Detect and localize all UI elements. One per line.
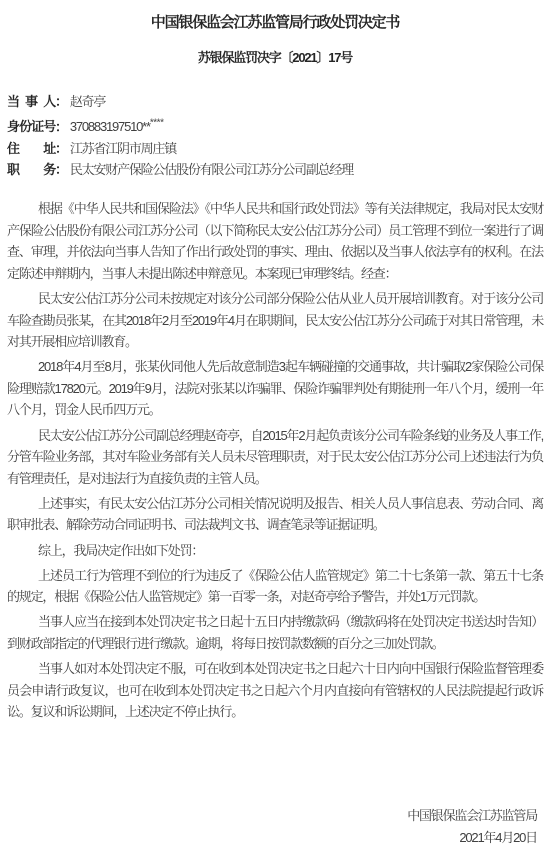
body-paragraph: 民太安公估江苏分公司副总经理赵奇亭，自2015年2月起负责该分公司车险条线的业务… — [7, 425, 543, 490]
party-info-block: 当事人：赵奇亭 身份证号：370883197510****** 住址：江苏省江阴… — [7, 91, 543, 181]
party-label: 身份证号 — [7, 116, 55, 138]
party-row: 住址：江苏省江阴市周庄镇 — [7, 138, 543, 160]
party-value: 赵奇亭 — [70, 94, 105, 109]
party-colon: ： — [55, 94, 67, 109]
body-paragraph: 2018年4月至8月，张某伙同他人先后故意制造3起车辆碰撞的交通事故，共计骗取2… — [7, 356, 543, 421]
party-colon: ： — [55, 119, 67, 134]
party-value: 民太安财产保险公估股份有限公司江苏分公司副总经理 — [70, 162, 353, 177]
party-label: 职务 — [7, 159, 55, 181]
document-number: 苏银保监罚决字〔2021〕17号 — [7, 47, 543, 68]
body-paragraph: 综上，我局决定作出如下处罚： — [7, 540, 543, 562]
party-row: 身份证号：370883197510****** — [7, 113, 543, 138]
body-paragraph: 上述事实，有民太安公估江苏分公司相关情况说明及报告、相关人员人事信息表、劳动合同… — [7, 493, 543, 536]
party-colon: ： — [55, 141, 67, 156]
party-label: 住址 — [7, 138, 55, 160]
party-row: 当事人：赵奇亭 — [7, 91, 543, 113]
party-colon: ： — [55, 162, 67, 177]
party-label: 当事人 — [7, 91, 55, 113]
issue-date: 2021年4月20日 — [407, 827, 537, 849]
body-paragraph: 当事人应当在接到本处罚决定书之日起十五日内持缴款码（缴款码将在处罚决定书送达时告… — [7, 611, 543, 654]
signature-block: 中国银保监会江苏监管局 2021年4月20日 — [407, 805, 537, 849]
party-row: 职务：民太安财产保险公估股份有限公司江苏分公司副总经理 — [7, 159, 543, 181]
document-title: 中国银保监会江苏监管局行政处罚决定书 — [7, 10, 543, 35]
body-paragraph: 上述员工行为管理不到位的行为违反了《保险公估人监管规定》第二十七条第一款、第五十… — [7, 565, 543, 608]
party-value: 江苏省江阴市周庄镇 — [70, 141, 176, 156]
penalty-decision-document: 中国银保监会江苏监管局行政处罚决定书 苏银保监罚决字〔2021〕17号 当事人：… — [0, 0, 550, 852]
body-paragraph: 根据《中华人民共和国保险法》《中华人民共和国行政处罚法》等有关法律规定，我局对民… — [7, 198, 543, 284]
body-paragraph: 当事人如对本处罚决定不服，可在收到本处罚决定书之日起六十日内向中国银行保险监督管… — [7, 658, 543, 723]
id-number-mask: **** — [150, 118, 164, 129]
id-number-base: 370883197510** — [70, 119, 150, 134]
issuer-name: 中国银保监会江苏监管局 — [407, 805, 537, 827]
party-value: 370883197510****** — [70, 119, 164, 134]
body-paragraph: 民太安公估江苏分公司未按规定对该分公司部分保险公估从业人员开展培训教育。对于该分… — [7, 288, 543, 353]
document-body: 根据《中华人民共和国保险法》《中华人民共和国行政处罚法》等有关法律规定，我局对民… — [7, 198, 543, 723]
